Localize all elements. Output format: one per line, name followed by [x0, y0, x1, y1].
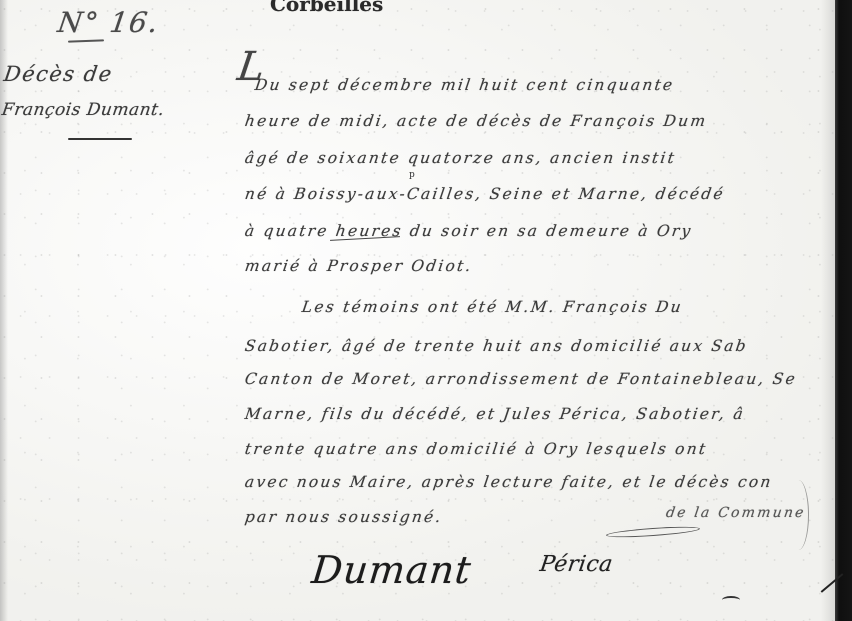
small-mark: p	[409, 170, 415, 180]
ink-swash	[722, 596, 740, 604]
body-line: par nous soussigné.	[244, 508, 444, 526]
body-line: Canton de Moret, arrondissement de Fonta…	[244, 370, 798, 388]
signature-perica: Périca	[538, 552, 614, 577]
body-line: âgé de soixante quatorze ans, ancien ins…	[244, 149, 678, 167]
body-line: avec nous Maire, après lecture faite, et…	[244, 473, 774, 491]
margin-title-name: François Dumant.	[1, 100, 166, 120]
record-number: N° 16.	[56, 6, 162, 39]
body-line: Les témoins ont été M.M. François Du	[301, 298, 684, 316]
record-number-underline	[68, 39, 104, 42]
page-edge	[835, 0, 852, 621]
margin-note-right: de la Commune	[665, 505, 807, 521]
commune-name: Corbeilles	[270, 0, 383, 16]
margin-title-deces: Décès de	[2, 62, 114, 86]
body-line: trente quatre ans domicilié à Ory lesque…	[244, 440, 709, 458]
fold-line	[788, 480, 809, 550]
body-line: Sabotier, âgé de trente huit ans domicil…	[244, 337, 749, 355]
body-line: Marne, fils du décédé, et Jules Périca, …	[244, 405, 746, 423]
body-line: marié à Prosper Odiot.	[244, 257, 474, 275]
signature-dumant: Dumant	[310, 548, 474, 592]
closing-flourish	[606, 525, 700, 540]
body-line: Du sept décembre mil huit cent cinquante	[254, 76, 676, 94]
body-line: heure de midi, acte de décès de François…	[244, 112, 709, 130]
body-line: né à Boissy-aux-Cailles, Seine et Marne,…	[244, 185, 726, 203]
body-line: à quatre heures du soir en sa demeure à …	[244, 222, 694, 240]
margin-underline	[68, 138, 132, 140]
left-edge-shadow	[0, 0, 8, 621]
document-page: Corbeilles N° 16. Décès de François Duma…	[0, 0, 852, 621]
binding-shadow	[821, 0, 835, 621]
